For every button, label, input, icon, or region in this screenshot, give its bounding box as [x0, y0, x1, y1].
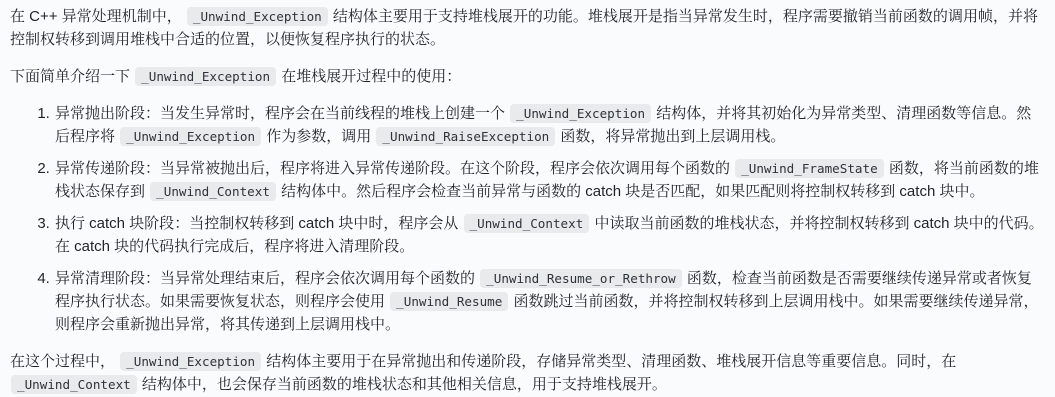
paragraph-lead-in: 下面简单介绍一下 _Unwind_Exception 在堆栈展开过程中的使用： [10, 65, 1045, 88]
steps-ordered-list: 异常抛出阶段：当发生异常时，程序会在当前线程的堆栈上创建一个 _Unwind_E… [10, 102, 1045, 336]
inline-code: _Unwind_RaiseException [376, 127, 555, 146]
list-item-cleanup-phase: 异常清理阶段：当异常处理结束后，程序会依次调用每个函数的 _Unwind_Res… [54, 267, 1045, 336]
inline-code: _Unwind_FrameState [735, 159, 883, 178]
inline-code: _Unwind_Resume [390, 292, 508, 311]
inline-code: _Unwind_Context [464, 214, 590, 233]
inline-code: _Unwind_Exception [120, 127, 261, 146]
inline-code: _Unwind_Resume_or_Rethrow [480, 269, 682, 288]
inline-code: _Unwind_Exception [187, 7, 328, 26]
paragraph-intro: 在 C++ 异常处理机制中， _Unwind_Exception 结构体主要用于… [10, 5, 1045, 51]
list-item-throw-phase: 异常抛出阶段：当发生异常时，程序会在当前线程的堆栈上创建一个 _Unwind_E… [54, 102, 1045, 148]
inline-code: _Unwind_Exception [120, 352, 261, 371]
inline-code: _Unwind_Exception [510, 104, 651, 123]
inline-code: _Unwind_Exception [135, 67, 276, 86]
inline-code: _Unwind_Context [11, 375, 137, 394]
list-item-catch-phase: 执行 catch 块阶段：当控制权转移到 catch 块中时，程序会从 _Unw… [54, 212, 1045, 258]
inline-code: _Unwind_Context [150, 182, 276, 201]
list-item-propagate-phase: 异常传递阶段：当异常被抛出后，程序将进入异常传递阶段。在这个阶段，程序会依次调用… [54, 157, 1045, 203]
paragraph-summary: 在这个过程中， _Unwind_Exception 结构体主要用于在异常抛出和传… [10, 350, 1045, 396]
answer-text-block: 在 C++ 异常处理机制中， _Unwind_Exception 结构体主要用于… [0, 0, 1055, 397]
